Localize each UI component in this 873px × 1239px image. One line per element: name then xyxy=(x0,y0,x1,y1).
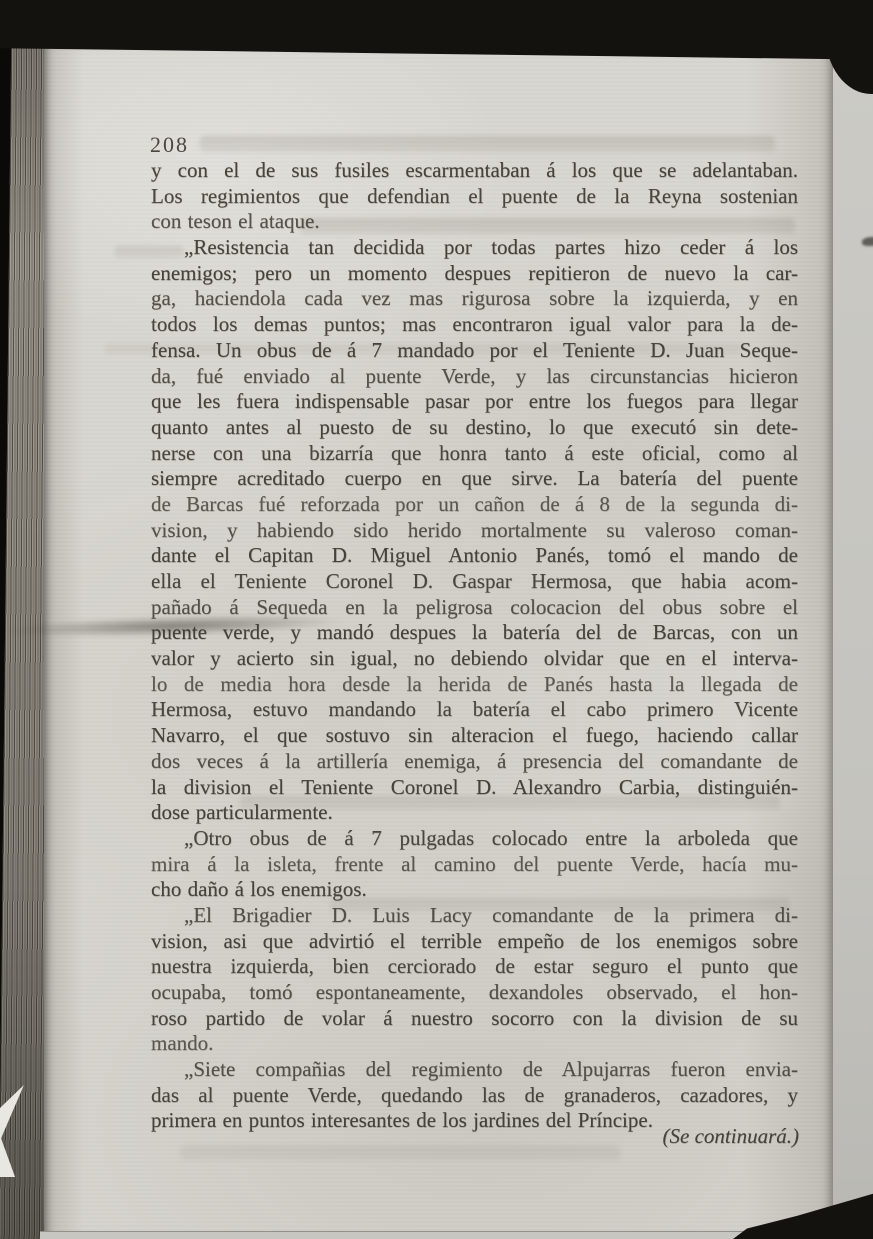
text-line: „Otro obus de á 7 pulgadas colocado entr… xyxy=(151,826,798,852)
text-line: mando. xyxy=(151,1031,798,1057)
text-line: dante el Capitan D. Miguel Antonio Panés… xyxy=(151,543,798,569)
text-line: dos veces á la artillería enemiga, á pre… xyxy=(151,749,798,775)
page-number: 208 xyxy=(150,132,189,158)
showthrough-smudge xyxy=(180,1146,620,1160)
text-line: mira á la isleta, frente al camino del p… xyxy=(151,852,798,878)
text-line: Los regimientos que defendian el puente … xyxy=(151,184,798,210)
text-line: „Resistencia tan decidida por todas part… xyxy=(151,235,798,261)
text-line: ga, haciendola cada vez mas rigurosa sob… xyxy=(151,286,798,312)
text-line: nerse con una bizarría que honra tanto á… xyxy=(151,441,798,467)
text-line: fensa. Un obus de á 7 mandado por el Ten… xyxy=(151,338,798,364)
text-line: ella el Teniente Coronel D. Gaspar Hermo… xyxy=(151,569,798,595)
text-line: cho daño á los enemigos. xyxy=(151,877,798,903)
scan-bottom-edge xyxy=(40,1231,765,1239)
text-line: valor y acierto sin igual, no debiendo o… xyxy=(151,646,798,672)
text-line: „Siete compañias del regimiento de Alpuj… xyxy=(151,1057,798,1083)
text-line: la division el Teniente Coronel D. Alexa… xyxy=(151,775,798,801)
text-line: y con el de sus fusiles escarmentaban á … xyxy=(151,158,798,184)
text-line: „El Brigadier D. Luis Lacy comandante de… xyxy=(151,903,798,929)
showthrough-smudge xyxy=(200,136,775,152)
ink-blemish xyxy=(862,237,873,246)
text-line: lo de media hora desde la herida de Pané… xyxy=(151,672,798,698)
text-line: enemigos; pero un momento despues repiti… xyxy=(151,261,798,287)
text-block: y con el de sus fusiles escarmentaban á … xyxy=(151,158,798,1134)
facing-page-edge xyxy=(832,56,873,1239)
text-line: nuestra izquierda, bien cerciorado de es… xyxy=(151,954,798,980)
text-line: Navarro, el que sostuvo sin alteracion e… xyxy=(151,723,798,749)
text-line: roso partido de volar á nuestro socorro … xyxy=(151,1006,798,1032)
text-line: dose particularmente. xyxy=(151,800,798,826)
text-line: con teson el ataque. xyxy=(151,209,798,235)
text-line: das al puente Verde, quedando las de gra… xyxy=(151,1083,798,1109)
text-line: siempre acreditado cuerpo en que sirve. … xyxy=(151,466,798,492)
continuation-note: (Se continuará.) xyxy=(663,1124,799,1149)
text-line: que les fuera indispensable pasar por en… xyxy=(151,389,798,415)
text-line: de Barcas fué reforzada por un cañon de … xyxy=(151,492,798,518)
book-scan: 208 y con el de sus fusiles escarmentaba… xyxy=(0,0,873,1239)
text-line: todos los demas puntos; mas encontraron … xyxy=(151,312,798,338)
book-page: 208 y con el de sus fusiles escarmentaba… xyxy=(44,44,833,1239)
text-line: Hermosa, estuvo mandando la batería el c… xyxy=(151,697,798,723)
text-line: vision, y habiendo sido herido mortalmen… xyxy=(151,518,798,544)
text-line: da, fué enviado al puente Verde, y las c… xyxy=(151,364,798,390)
text-line: quanto antes al puesto de su destino, lo… xyxy=(151,415,798,441)
text-line: vision, asi que advirtió el terrible emp… xyxy=(151,929,798,955)
text-line: ocupaba, tomó espontaneamente, dexandole… xyxy=(151,980,798,1006)
